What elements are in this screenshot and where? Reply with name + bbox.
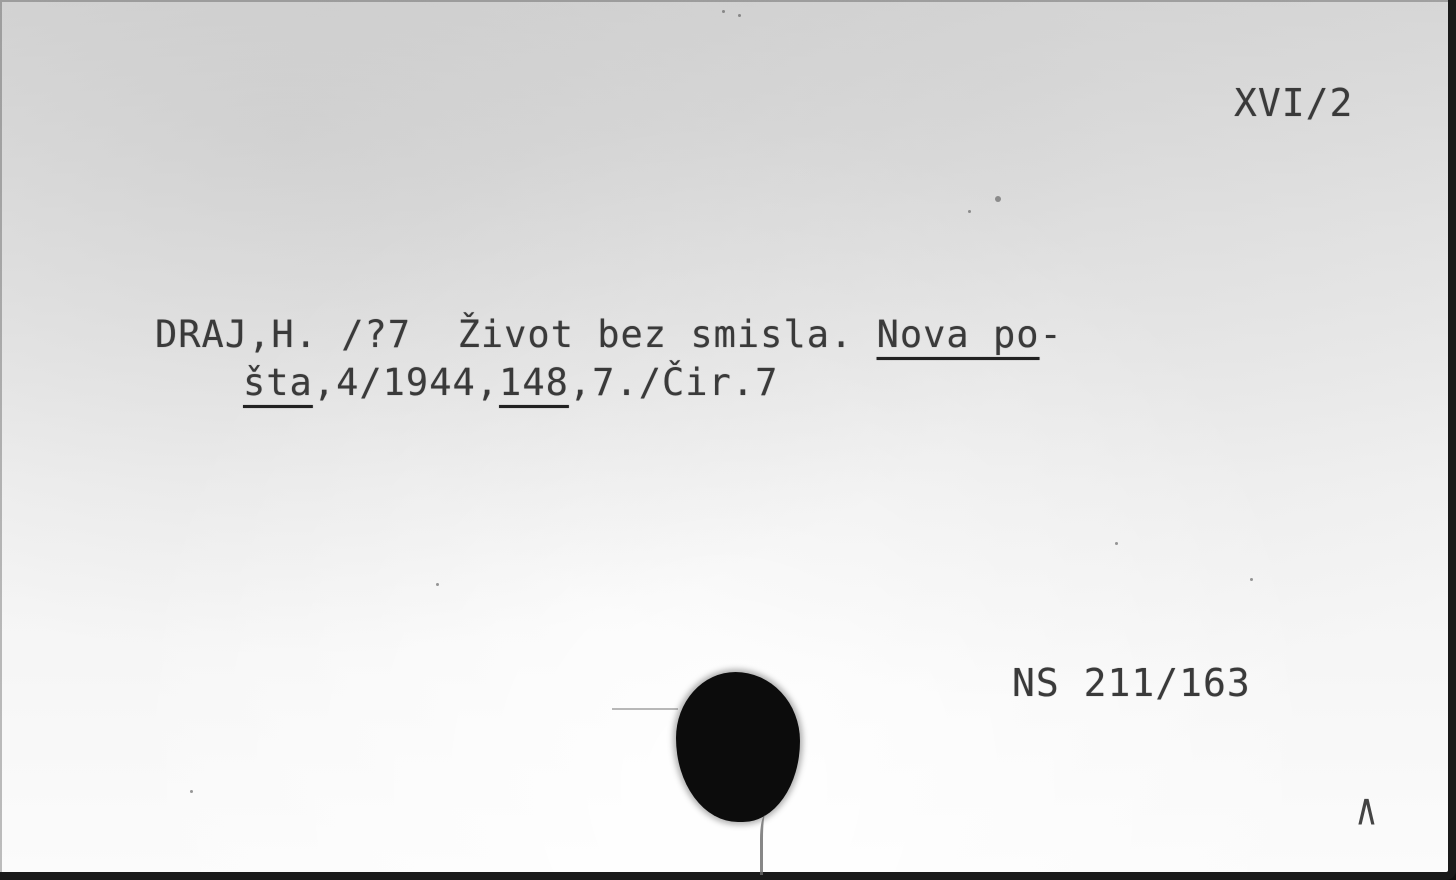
- issue-year: ,4/1944,: [313, 361, 499, 404]
- issue-number: 148: [499, 361, 569, 404]
- speck: [1250, 578, 1253, 581]
- speck: [995, 196, 1001, 202]
- article-title: Život bez smisla.: [411, 313, 877, 356]
- speck: [190, 790, 193, 793]
- shelf-number: NS 211/163: [1012, 664, 1251, 702]
- call-number: XVI/2: [1234, 84, 1353, 122]
- paper-tear: [760, 815, 773, 875]
- entry-line-2: šta,4/1944,148,7./Čir.7: [243, 364, 778, 401]
- punch-hole: [676, 672, 800, 822]
- hyphen: -: [1040, 313, 1063, 356]
- pencil-caret-mark: ∧: [1354, 784, 1379, 836]
- entry-line-1: DRAJ,H. /?7 Život bez smisla. Nova po-: [155, 316, 1063, 353]
- speck: [1115, 542, 1118, 545]
- speck: [436, 583, 439, 586]
- page-and-script-note: ,7./Čir.7: [569, 361, 778, 404]
- journal-title-part-1: Nova po: [877, 313, 1040, 356]
- author-uncertain-note: /?7: [341, 313, 411, 356]
- speck: [968, 210, 971, 213]
- author-name: DRAJ,H.: [155, 313, 341, 356]
- speck: [722, 10, 725, 13]
- paper-fiber: [612, 708, 678, 710]
- catalog-card: XVI/2 DRAJ,H. /?7 Život bez smisla. Nova…: [0, 0, 1456, 880]
- journal-title-part-2: šta: [243, 361, 313, 404]
- speck: [738, 14, 741, 17]
